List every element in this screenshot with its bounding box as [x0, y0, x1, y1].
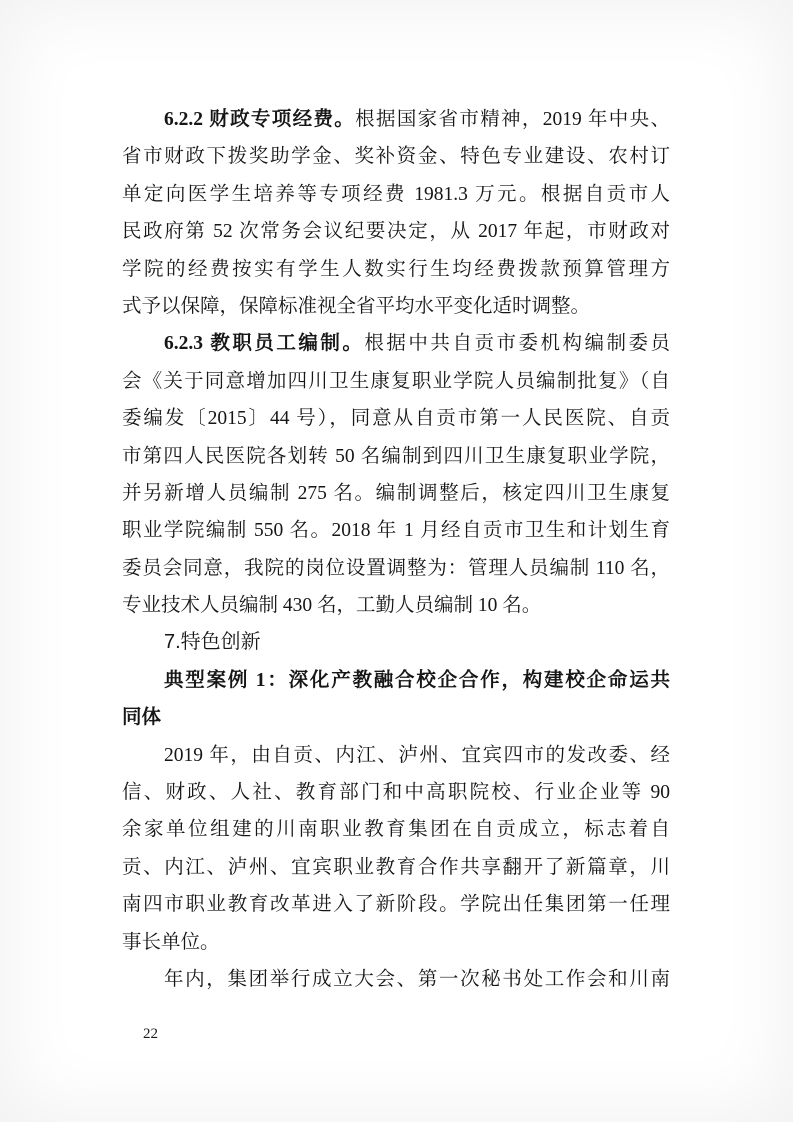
section-7-heading: 7.特色创新: [122, 624, 670, 661]
para-623-line-3: 委编发〔2015〕44 号），同意从自贡市第一人民医院、自贡: [122, 400, 670, 437]
case-heading-line-2: 同体: [122, 699, 670, 736]
para-623-text-1: 根据中共自贡市委机构编制委员: [364, 333, 670, 354]
para-622-line-3: 单定向医学生培养等专项经费 1981.3 万元。根据自贡市人: [122, 176, 670, 213]
para-623-line-7: 委员会同意，我院的岗位设置调整为：管理人员编制 110 名，: [122, 550, 670, 587]
page-text-block: 6.2.2 财政专项经费。根据国家省市精神，2019 年中央、 省市财政下拨奖助…: [122, 101, 670, 998]
case-body-line-5: 南四市职业教育改革进入了新阶段。学院出任集团第一任理: [122, 886, 670, 923]
case-heading-line-1: 典型案例 1：深化产教融合校企合作，构建校企命运共: [122, 662, 670, 699]
para-622-text-1: 根据国家省市精神，2019 年中央、: [355, 109, 670, 130]
para-623-line-8: 专业技术人员编制 430 名，工勤人员编制 10 名。: [122, 587, 670, 624]
document-page: 6.2.2 财政专项经费。根据国家省市精神，2019 年中央、 省市财政下拨奖助…: [0, 0, 793, 1122]
para-622-line-6: 式予以保障，保障标准视全省平均水平变化适时调整。: [122, 288, 670, 325]
para-622-line-1: 6.2.2 财政专项经费。根据国家省市精神，2019 年中央、: [122, 101, 670, 138]
heading-623-label: 6.2.3 教职员工编制。: [164, 333, 364, 354]
page-number: 22: [143, 1026, 158, 1043]
case-body-line-6: 事长单位。: [122, 924, 670, 961]
para-622-line-4: 民政府第 52 次常务会议纪要决定，从 2017 年起，市财政对: [122, 213, 670, 250]
para-622-line-2: 省市财政下拨奖助学金、奖补资金、特色专业建设、农村订: [122, 138, 670, 175]
para-623-line-4: 市第四人民医院各划转 50 名编制到四川卫生康复职业学院，: [122, 438, 670, 475]
para-last-line-1: 年内，集团举行成立大会、第一次秘书处工作会和川南: [122, 961, 670, 998]
case-body-line-3: 余家单位组建的川南职业教育集团在自贡成立，标志着自: [122, 811, 670, 848]
case-body-line-2: 信、财政、人社、教育部门和中高职院校、行业企业等 90: [122, 774, 670, 811]
para-623-line-1: 6.2.3 教职员工编制。根据中共自贡市委机构编制委员: [122, 325, 670, 362]
para-623-line-6: 职业学院编制 550 名。2018 年 1 月经自贡市卫生和计划生育: [122, 512, 670, 549]
case-body-line-4: 贡、内江、泸州、宜宾职业教育合作共享翻开了新篇章，川: [122, 849, 670, 886]
para-622-line-5: 学院的经费按实有学生人数实行生均经费拨款预算管理方: [122, 251, 670, 288]
para-623-line-5: 并另新增人员编制 275 名。编制调整后，核定四川卫生康复: [122, 475, 670, 512]
case-body-line-1: 2019 年，由自贡、内江、泸州、宜宾四市的发改委、经: [122, 737, 670, 774]
para-623-line-2: 会《关于同意增加四川卫生康复职业学院人员编制批复》（自: [122, 363, 670, 400]
heading-622-label: 6.2.2 财政专项经费。: [164, 109, 355, 130]
